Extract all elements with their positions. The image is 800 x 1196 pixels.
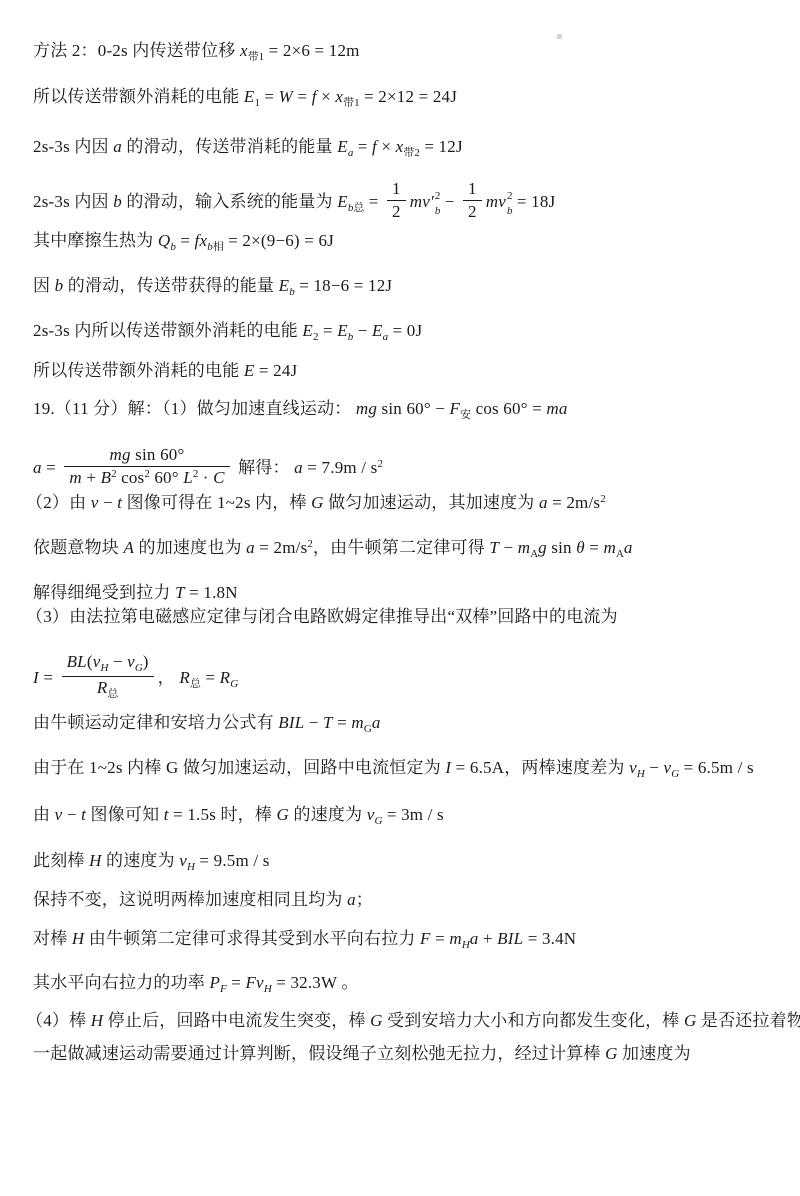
text-run: = 3m / s (382, 805, 443, 824)
math-variable: H (72, 929, 84, 948)
math-variable: L (183, 468, 193, 487)
math-variable: A (123, 538, 134, 557)
math-variable: a (294, 458, 303, 477)
math-subscript: 带1 (343, 97, 360, 109)
text-run: = (333, 713, 352, 732)
text-run: = 1.5s 时，棒 (169, 805, 277, 824)
math-variable: H (462, 939, 470, 951)
fraction-numerator: 1 (463, 179, 482, 201)
math-variable: m (449, 929, 461, 948)
text-run: = 32.3W 。 (272, 973, 359, 992)
math-variable: E (302, 321, 313, 340)
solution-line-same-accel: 保持不变，这说明两棒加速度相同且均为 a； (33, 889, 373, 910)
math-variable: θ (576, 538, 585, 557)
text-run: = 18−6 = 12J (295, 276, 392, 295)
text-run: = 2m/s (255, 538, 308, 557)
text-run: = 3.4N (523, 929, 576, 948)
math-variable: B (101, 468, 112, 487)
text-run: − (353, 321, 372, 340)
math-variable: fx (195, 231, 208, 250)
solution-line-power-PF: 其水平向右拉力的功率 PF = FvH = 32.3W 。 (33, 972, 359, 997)
text-run: = (260, 87, 279, 106)
text-run: ) (143, 652, 149, 671)
text-run: 此刻棒 (33, 851, 89, 870)
text-run: 1 (392, 179, 401, 198)
text-run: 对棒 (33, 929, 72, 948)
text-run: = (293, 87, 312, 106)
text-run: cos (117, 468, 145, 487)
text-run: = (42, 458, 61, 477)
text-run: 其中摩擦生热为 (33, 231, 158, 250)
math-variable: m (69, 468, 81, 487)
text-run: = 1.8N (185, 583, 238, 602)
text-run: 60° (150, 468, 183, 487)
math-variable: m (486, 192, 498, 211)
math-variable: a (624, 538, 633, 557)
text-run: 2s-3s 内所以传送带额外消耗的电能 (33, 321, 302, 340)
solution-line-part3-faraday: （3）由法拉第电磁感应定律与闭合电路欧姆定律推导出“双棒”回路中的电流为 (26, 606, 618, 627)
math-variable: a (113, 137, 122, 156)
math-variable: v (179, 851, 187, 870)
math-variable: ma (546, 399, 567, 418)
math-variable: Fv (245, 973, 263, 992)
math-variable: T (323, 713, 333, 732)
math-variable: E (244, 361, 255, 380)
text-run: + (478, 929, 497, 948)
text-run: cos 60° = (471, 399, 546, 418)
text-run: 19.（11 分）解：（1）做匀加速直线运动： (33, 399, 356, 418)
text-run: 一起做减速运动需要通过计算判断，假设绳子立刻松弛无拉力，经过计算棒 (33, 1044, 605, 1063)
solution-line-qb-heat: 其中摩擦生热为 Qb = fxb相 = 2×(9−6) = 6J (33, 230, 334, 255)
text-run: = 0J (388, 321, 422, 340)
text-run: 的滑动，传送带获得的能量 (63, 276, 278, 295)
math-subscript: 带2 (403, 147, 420, 159)
math-variable: v (422, 192, 430, 211)
solution-line-tension: 解得细绳受到拉力 T = 1.8N (33, 582, 238, 603)
solution-line-ea-energy: 2s-3s 内因 a 的滑动，传送带消耗的能量 Ea = f × x带2 = 1… (33, 136, 463, 161)
text-run: 由牛顿第二定律可求得其受到水平向右拉力 (84, 929, 420, 948)
text-run: （3）由法拉第电磁感应定律与闭合电路欧姆定律推导出“双棒”回路中的电流为 (26, 607, 618, 626)
text-run: = 24J (254, 361, 297, 380)
math-subscript: 安 (460, 409, 471, 421)
math-subscript: A (530, 548, 538, 560)
text-run: 的滑动，输入系统的能量为 (122, 192, 337, 211)
text-run: = 2m/s (548, 493, 601, 512)
text-run: = (353, 137, 372, 156)
text-run: 2s-3s 内因 (33, 192, 113, 211)
math-variable: H (91, 1011, 103, 1030)
math-variable: m (410, 192, 422, 211)
text-run: 2s-3s 内因 (33, 137, 113, 156)
math-subscript: 带1 (248, 51, 265, 63)
text-run: − (499, 538, 518, 557)
text-run: = 12J (420, 137, 463, 156)
math-variable: a (539, 493, 548, 512)
math-variable: v (91, 493, 99, 512)
math-variable: a (33, 458, 42, 477)
math-variable: R (97, 678, 108, 697)
math-variable: v (498, 192, 506, 211)
math-fraction: 12 (463, 179, 482, 221)
text-run: × (377, 137, 396, 156)
text-run: （4）棒 (26, 1011, 91, 1030)
math-variable: R (179, 668, 190, 687)
math-variable: H (637, 768, 645, 780)
text-run: 所以传送带额外消耗的电能 (33, 87, 244, 106)
solution-line-vg-speed: 由 v − t 图像可知 t = 1.5s 时，棒 G 的速度为 vG = 3m… (33, 804, 444, 829)
text-run: = 18J (512, 192, 555, 211)
math-variable: mg (110, 445, 131, 464)
text-run: 解得： (234, 458, 295, 477)
math-variable: ′ (430, 192, 434, 211)
text-run: = 2×(9−6) = 6J (224, 231, 334, 250)
solution-line-current-fraction: I = BL(vH − vG)R总， R总 = RG (33, 655, 238, 703)
text-run: 其水平向右拉力的功率 (33, 973, 209, 992)
text-run: = 6.5m / s (679, 758, 754, 777)
math-supscript: 2 (377, 458, 383, 470)
solution-line-part4-start: （4）棒 H 停止后，回路中电流发生突变，棒 G 受到安培力大小和方向都发生变化… (26, 1010, 800, 1031)
math-variable: E (337, 192, 348, 211)
solution-line-newton-ampere: 由牛顿运动定律和安培力公式有 BIL − T = mGa (33, 712, 381, 737)
math-variable: E (244, 87, 255, 106)
math-variable: H (264, 983, 272, 995)
math-variable: T (489, 538, 499, 557)
document-page: 方法 2：0-2s 内传送带位移 x带1 = 2×6 = 12m 所以传送带额外… (0, 0, 800, 1196)
text-run: ， (158, 668, 180, 687)
math-variable: a (246, 538, 255, 557)
text-run: 由于在 1~2s 内棒 G 做匀加速运动，回路中电流恒定为 (33, 758, 445, 777)
solution-line-e-total: 所以传送带额外消耗的电能 E = 24J (33, 360, 297, 381)
solution-line-vh-speed: 此刻棒 H 的速度为 vH = 9.5m / s (33, 850, 270, 875)
solution-line-part4-cont: 一起做减速运动需要通过计算判断，假设绳子立刻松弛无拉力，经过计算棒 G 加速度为 (33, 1043, 691, 1064)
math-subscript: 相 (213, 241, 224, 253)
math-variable: H (89, 851, 101, 870)
math-subscript: 总 (190, 678, 201, 690)
math-fraction: BL(vH − vG)R总 (62, 652, 154, 700)
text-run: · (198, 468, 213, 487)
text-run: = (585, 538, 604, 557)
math-variable: C (213, 468, 225, 487)
math-variable: BIL (497, 929, 523, 948)
text-run: = 6.5A，两棒速度差为 (451, 758, 629, 777)
text-run: 停止后，回路中电流发生突变，棒 (103, 1011, 370, 1030)
math-variable: m (351, 713, 363, 732)
text-run: 保持不变，这说明两棒加速度相同且均为 (33, 890, 347, 909)
math-variable: F (420, 929, 431, 948)
math-variable: BL (67, 652, 87, 671)
fraction-numerator: 1 (387, 179, 406, 201)
math-variable: G (684, 1011, 696, 1030)
text-run: 方法 2：0-2s 内传送带位移 (33, 41, 240, 60)
solution-line-accel-fraction: a = mg sin 60°m + B2 cos2 60° L2 · C 解得：… (33, 448, 383, 490)
text-run: = (39, 668, 58, 687)
math-variable: m (603, 538, 615, 557)
solution-line-e2-energy: 2s-3s 内所以传送带额外消耗的电能 E2 = Eb − Ea = 0J (33, 320, 422, 345)
solution-line-e1-energy: 所以传送带额外消耗的电能 E1 = W = f × x带1 = 2×12 = 2… (33, 86, 457, 111)
scan-artifact (557, 34, 562, 39)
math-subscript: G (364, 723, 372, 735)
text-run: − (99, 493, 118, 512)
math-variable: R (220, 668, 231, 687)
text-run: = (201, 668, 220, 687)
math-variable: mg (356, 399, 377, 418)
math-supscript: 2 (600, 493, 606, 505)
text-run: 由牛顿运动定律和安培力公式有 (33, 713, 278, 732)
text-run: = (176, 231, 195, 250)
math-variable: v (93, 652, 101, 671)
text-run: 所以传送带额外消耗的电能 (33, 361, 244, 380)
math-variable: G (671, 768, 679, 780)
text-run: 做匀加速运动，其加速度为 (324, 493, 539, 512)
solution-line-current-constant: 由于在 1~2s 内棒 G 做匀加速运动，回路中电流恒定为 I = 6.5A，两… (33, 757, 754, 782)
text-run: 的滑动，传送带消耗的能量 (122, 137, 337, 156)
text-run: = 2×12 = 24J (360, 87, 457, 106)
text-run: − (645, 758, 664, 777)
text-run: ，由牛顿第二定律可得 (313, 538, 489, 557)
text-run: × (317, 87, 336, 106)
text-run: 1 (468, 179, 477, 198)
math-variable: G (370, 1011, 382, 1030)
solution-line-eb-gain: 因 b 的滑动，传送带获得的能量 Eb = 18−6 = 12J (33, 275, 392, 300)
text-run: sin 60° − (377, 399, 449, 418)
math-variable: H (187, 861, 195, 873)
math-subscript: 总 (107, 688, 118, 700)
text-run: 的速度为 (102, 851, 180, 870)
math-variable: E (279, 276, 290, 295)
text-run: − (304, 713, 323, 732)
text-run: = 9.5m / s (195, 851, 270, 870)
math-variable: G (277, 805, 289, 824)
fraction-denominator: 2 (387, 201, 406, 222)
fraction-numerator: BL(vH − vG) (62, 652, 154, 677)
math-variable: G (230, 678, 238, 690)
text-run: = (227, 973, 246, 992)
math-variable: m (518, 538, 530, 557)
solution-line-force-F: 对棒 H 由牛顿第二定律可求得其受到水平向右拉力 F = mHa + BIL =… (33, 928, 576, 953)
math-variable: g (538, 538, 547, 557)
fraction-numerator: mg sin 60° (64, 445, 229, 467)
text-run: sin 60° (131, 445, 185, 464)
math-subscript: A (616, 548, 624, 560)
solution-line-method2-displacement: 方法 2：0-2s 内传送带位移 x带1 = 2×6 = 12m (33, 40, 360, 65)
text-run: 因 (33, 276, 55, 295)
math-variable: F (450, 399, 461, 418)
text-run: 图像可知 (86, 805, 164, 824)
math-variable: x (240, 41, 248, 60)
text-run: ； (356, 890, 373, 909)
math-variable: v (629, 758, 637, 777)
text-run: = (364, 192, 383, 211)
math-variable: P (209, 973, 220, 992)
text-run: + (82, 468, 101, 487)
solution-line-eb-total: 2s-3s 内因 b 的滑动，输入系统的能量为 Eb总 = 12mv′2b − … (33, 182, 555, 224)
text-run: 解得细绳受到拉力 (33, 583, 175, 602)
math-variable: E (337, 137, 348, 156)
text-run: sin (547, 538, 576, 557)
solution-line-blockA-accel: 依题意物块 A 的加速度也为 a = 2m/s2，由牛顿第二定律可得 T − m… (33, 537, 633, 562)
text-run: （2）由 (26, 493, 91, 512)
text-run: 依题意物块 (33, 538, 123, 557)
fraction-denominator: R总 (62, 677, 154, 701)
solution-line-q19-part1: 19.（11 分）解：（1）做匀加速直线运动： mg sin 60° − F安 … (33, 398, 568, 423)
solution-line-part2-vt: （2）由 v − t 图像可得在 1~2s 内，棒 G 做匀加速运动，其加速度为… (26, 492, 606, 513)
math-variable: x (335, 87, 343, 106)
fraction-denominator: m + B2 cos2 60° L2 · C (64, 467, 229, 488)
math-fraction: mg sin 60°m + B2 cos2 60° L2 · C (64, 445, 229, 487)
text-run: 受到安培力大小和方向都发生变化，棒 (383, 1011, 684, 1030)
math-variable: BIL (278, 713, 304, 732)
math-variable: b (113, 192, 122, 211)
text-run: − (440, 192, 459, 211)
text-run: − (108, 652, 127, 671)
text-run: = 7.9m / s (303, 458, 378, 477)
text-run: 图像可得在 1~2s 内，棒 (122, 493, 311, 512)
text-run: 2 (392, 202, 401, 221)
math-fraction: 12 (387, 179, 406, 221)
math-variable: W (279, 87, 293, 106)
text-run: = (319, 321, 338, 340)
math-variable: a (347, 890, 356, 909)
math-variable: H (100, 662, 108, 674)
text-run: = 2×6 = 12m (264, 41, 359, 60)
text-run: 是否还拉着物块 (696, 1011, 800, 1030)
text-run: 的速度为 (289, 805, 367, 824)
math-variable: G (311, 493, 323, 512)
text-run: 由 (33, 805, 55, 824)
text-run: 的加速度也为 (134, 538, 246, 557)
math-variable: G (605, 1044, 617, 1063)
math-variable: T (175, 583, 185, 602)
text-run: 2 (468, 202, 477, 221)
math-variable: F (220, 983, 227, 995)
math-subscript: 总 (353, 202, 364, 214)
fraction-denominator: 2 (463, 201, 482, 222)
text-run: = (431, 929, 450, 948)
math-variable: a (372, 713, 381, 732)
text-run: − (62, 805, 81, 824)
math-variable: E (372, 321, 383, 340)
text-run: 加速度为 (618, 1044, 691, 1063)
math-variable: Q (158, 231, 170, 250)
math-variable: E (337, 321, 348, 340)
